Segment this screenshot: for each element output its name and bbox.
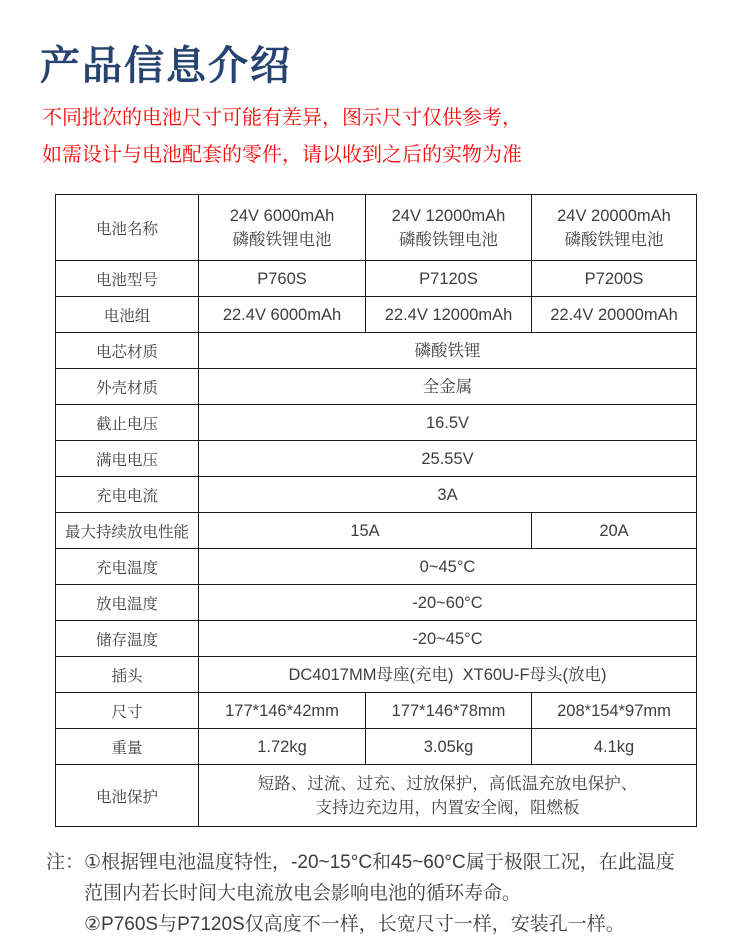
spec-row-plug: 插头 DC4017MM母座(充电) XT60U-F母头(放电) — [56, 657, 697, 693]
spec-label: 充电电流 — [56, 477, 199, 513]
spec-row-storage-temp: 储存温度 -20~45°C — [56, 621, 697, 657]
spec-label: 电池名称 — [56, 195, 199, 261]
spec-label: 最大持续放电性能 — [56, 513, 199, 549]
spec-value: DC4017MM母座(充电) XT60U-F母头(放电) — [199, 657, 697, 693]
spec-value: 15A — [199, 513, 532, 549]
spec-value: 24V 20000mAh 磷酸铁锂电池 — [532, 195, 697, 261]
spec-value: P7200S — [532, 261, 697, 297]
spec-value: 24V 12000mAh 磷酸铁锂电池 — [366, 195, 532, 261]
spec-row-model: 电池型号 P760S P7120S P7200S — [56, 261, 697, 297]
spec-value: 16.5V — [199, 405, 697, 441]
spec-value: 177*146*78mm — [366, 693, 532, 729]
spec-row-protection: 电池保护 短路、过流、过充、过放保护，高低温充放电保护、 支持边充边用，内置安全… — [56, 765, 697, 827]
footnote-line-1: ①根据锂电池温度特性，-20~15°C和45~60°C属于极限工况，在此温度 — [84, 847, 750, 878]
spec-value: P760S — [199, 261, 366, 297]
product-info-page: 产品信息介绍 不同批次的电池尺寸可能有差异，图示尺寸仅供参考， 如需设计与电池配… — [0, 0, 750, 949]
spec-value: 22.4V 12000mAh — [366, 297, 532, 333]
spec-label: 充电温度 — [56, 549, 199, 585]
spec-value: 24V 6000mAh 磷酸铁锂电池 — [199, 195, 366, 261]
spec-value: 208*154*97mm — [532, 693, 697, 729]
spec-row-pack: 电池组 22.4V 6000mAh 22.4V 12000mAh 22.4V 2… — [56, 297, 697, 333]
spec-row-size: 尺寸 177*146*42mm 177*146*78mm 208*154*97m… — [56, 693, 697, 729]
footnote-body: ①根据锂电池温度特性，-20~15°C和45~60°C属于极限工况，在此温度 范… — [84, 847, 750, 940]
spec-label: 放电温度 — [56, 585, 199, 621]
spec-row-cutoff-voltage: 截止电压 16.5V — [56, 405, 697, 441]
footnote-prefix: 注： — [46, 847, 84, 940]
spec-value: 22.4V 6000mAh — [199, 297, 366, 333]
spec-row-battery-name: 电池名称 24V 6000mAh 磷酸铁锂电池 24V 12000mAh 磷酸铁… — [56, 195, 697, 261]
spec-label: 储存温度 — [56, 621, 199, 657]
spec-value: -20~45°C — [199, 621, 697, 657]
spec-row-full-voltage: 满电电压 25.55V — [56, 441, 697, 477]
spec-label: 重量 — [56, 729, 199, 765]
spec-row-weight: 重量 1.72kg 3.05kg 4.1kg — [56, 729, 697, 765]
spec-value: 25.55V — [199, 441, 697, 477]
spec-label: 截止电压 — [56, 405, 199, 441]
spec-value: 全金属 — [199, 369, 697, 405]
spec-label: 电池组 — [56, 297, 199, 333]
spec-row-charge-temp: 充电温度 0~45°C — [56, 549, 697, 585]
spec-table: 电池名称 24V 6000mAh 磷酸铁锂电池 24V 12000mAh 磷酸铁… — [55, 194, 697, 827]
spec-row-cell-material: 电芯材质 磷酸铁锂 — [56, 333, 697, 369]
spec-value: 磷酸铁锂 — [199, 333, 697, 369]
spec-value: 177*146*42mm — [199, 693, 366, 729]
spec-value: P7120S — [366, 261, 532, 297]
spec-row-charge-current: 充电电流 3A — [56, 477, 697, 513]
spec-value: -20~60°C — [199, 585, 697, 621]
spec-label: 满电电压 — [56, 441, 199, 477]
spec-value: 20A — [532, 513, 697, 549]
spec-value: 3.05kg — [366, 729, 532, 765]
spec-value: 4.1kg — [532, 729, 697, 765]
spec-label: 尺寸 — [56, 693, 199, 729]
footnote-line-3: ②P760S与P7120S仅高度不一样，长宽尺寸一样，安装孔一样。 — [84, 909, 750, 940]
spec-label: 电池保护 — [56, 765, 199, 827]
warning-line-1: 不同批次的电池尺寸可能有差异，图示尺寸仅供参考， — [42, 100, 750, 137]
spec-row-case-material: 外壳材质 全金属 — [56, 369, 697, 405]
spec-label: 外壳材质 — [56, 369, 199, 405]
spec-row-discharge-temp: 放电温度 -20~60°C — [56, 585, 697, 621]
warning-line-2: 如需设计与电池配套的零件，请以收到之后的实物为准 — [42, 137, 750, 174]
spec-value: 22.4V 20000mAh — [532, 297, 697, 333]
warning-text: 不同批次的电池尺寸可能有差异，图示尺寸仅供参考， 如需设计与电池配套的零件，请以… — [42, 100, 750, 174]
page-title: 产品信息介绍 — [0, 0, 750, 88]
spec-row-max-discharge: 最大持续放电性能 15A 20A — [56, 513, 697, 549]
spec-label: 电芯材质 — [56, 333, 199, 369]
spec-label: 电池型号 — [56, 261, 199, 297]
spec-label: 插头 — [56, 657, 199, 693]
spec-value: 0~45°C — [199, 549, 697, 585]
spec-value: 1.72kg — [199, 729, 366, 765]
footnote-line-2: 范围内若长时间大电流放电会影响电池的循环寿命。 — [84, 878, 750, 909]
spec-value: 3A — [199, 477, 697, 513]
spec-value: 短路、过流、过充、过放保护，高低温充放电保护、 支持边充边用，内置安全阀，阻燃板 — [199, 765, 697, 827]
footnotes: 注： ①根据锂电池温度特性，-20~15°C和45~60°C属于极限工况，在此温… — [46, 847, 750, 940]
